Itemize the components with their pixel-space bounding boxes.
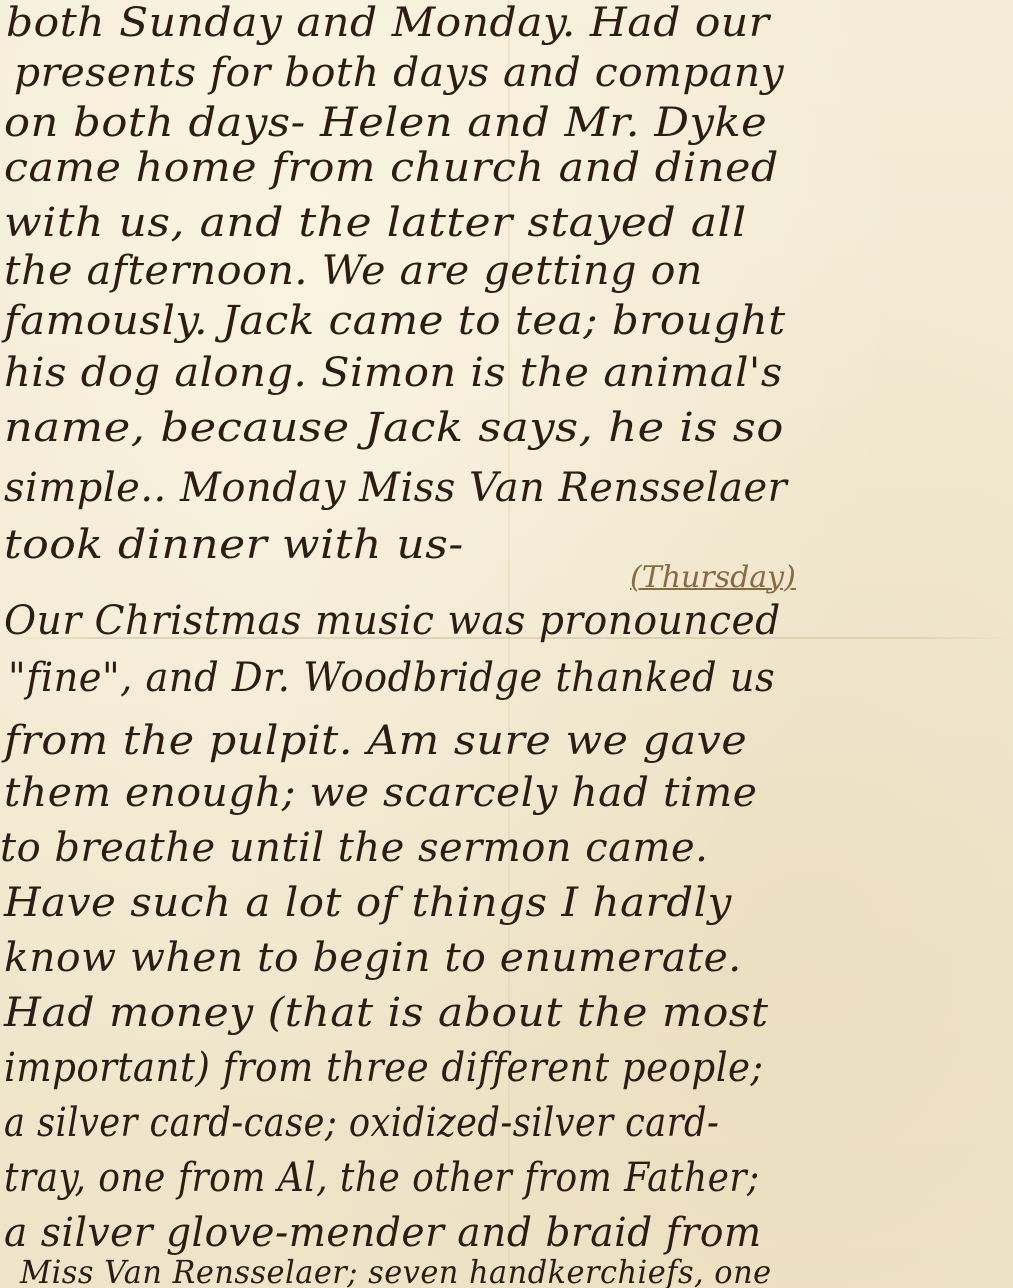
letter-line-7: famously. Jack came to tea; brought bbox=[4, 298, 786, 344]
letter-line-13: "fine", and Dr. Woodbridge thanked us bbox=[8, 655, 775, 701]
letter-line-10: simple.. Monday Miss Van Rensselaer bbox=[4, 465, 787, 511]
letter-line-21: a silver card-case; oxidized-silver card… bbox=[4, 1100, 719, 1146]
letter-line-14: from the pulpit. Am sure we gave bbox=[4, 718, 747, 764]
letter-line-16: to breathe until the sermon came. bbox=[0, 825, 708, 871]
letter-line-9: name, because Jack says, he is so bbox=[4, 405, 784, 451]
letter-line-4: came home from church and dined bbox=[4, 145, 779, 191]
paper-fold-vertical bbox=[508, 0, 510, 1288]
letter-line-19: Had money (that is about the most bbox=[4, 990, 769, 1036]
letter-line-3: on both days- Helen and Mr. Dyke bbox=[4, 100, 767, 146]
insertion-text: (Thursday) bbox=[630, 560, 796, 595]
margin-insertion-thursday: (Thursday) bbox=[630, 560, 796, 595]
letter-line-5: with us, and the latter stayed all bbox=[4, 200, 747, 246]
letter-line-15: them enough; we scarcely had time bbox=[4, 770, 757, 816]
letter-line-24: Miss Van Rensselaer; seven handkerchiefs… bbox=[20, 1253, 772, 1288]
letter-line-22: tray, one from Al, the other from Father… bbox=[4, 1155, 760, 1201]
letter-line-23: a silver glove-mender and braid from bbox=[4, 1210, 762, 1256]
letter-line-12: Our Christmas music was pronounced bbox=[4, 598, 781, 644]
letter-line-20: important) from three different people; bbox=[4, 1045, 764, 1091]
letter-line-6: the afternoon. We are getting on bbox=[4, 248, 703, 294]
letter-line-11: took dinner with us- bbox=[4, 522, 464, 568]
letter-line-8: his dog along. Simon is the animal's bbox=[4, 350, 783, 396]
letter-line-18: know when to begin to enumerate. bbox=[4, 935, 742, 981]
letter-line-17: Have such a lot of things I hardly bbox=[4, 880, 732, 926]
letter-line-1: both Sunday and Monday. Had our bbox=[6, 0, 770, 46]
letter-line-2: presents for both days and company bbox=[14, 50, 784, 96]
letter-page: both Sunday and Monday. Had our presents… bbox=[0, 0, 1013, 1288]
